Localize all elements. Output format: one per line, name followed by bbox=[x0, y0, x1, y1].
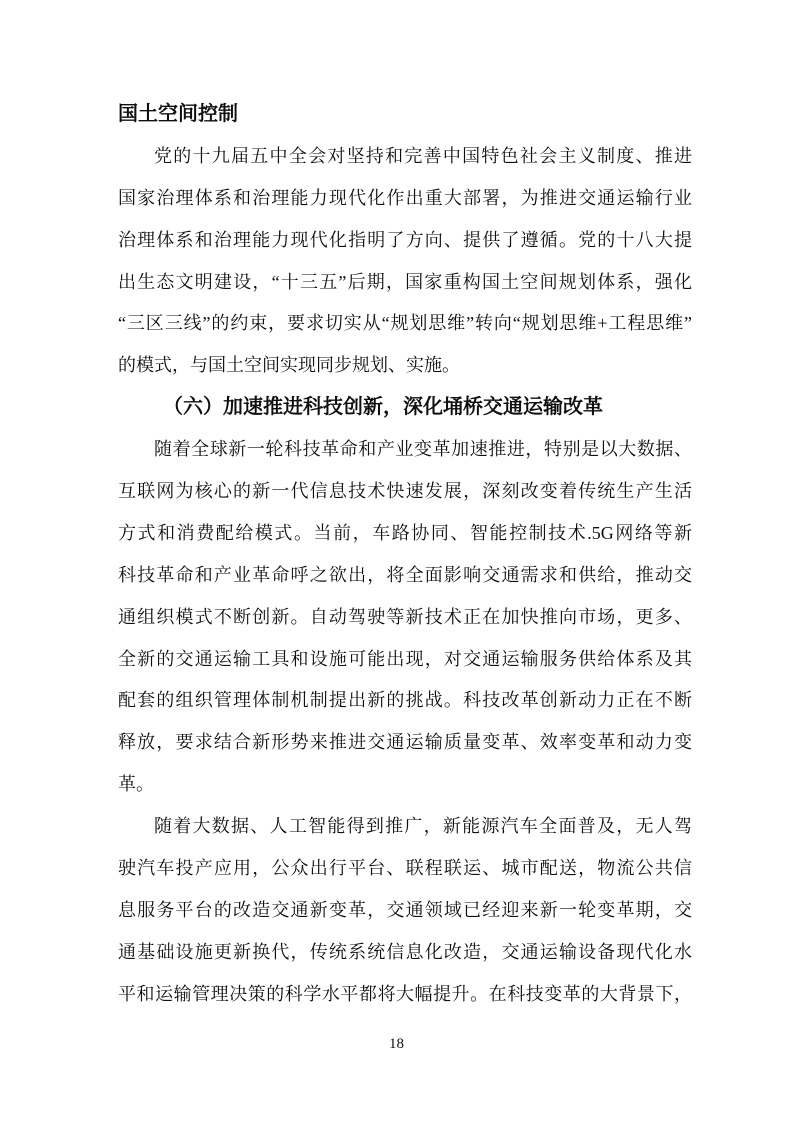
text-line: 随着大数据、人工智能得到推广，新能源汽车全面普及，无人驾 bbox=[118, 806, 692, 848]
text-line: 息服务平台的改造交通新变革，交通领域已经迎来新一轮变革期，交 bbox=[118, 890, 692, 932]
text-line: 互联网为核心的新一代信息技术快速发展，深刻改变着传统生产生活 bbox=[118, 471, 692, 513]
text-line: 治理体系和治理能力现代化指明了方向、提供了遵循。党的十八大提 bbox=[118, 220, 692, 262]
text-line: 驶汽车投产应用，公众出行平台、联程联运、城市配送，物流公共信 bbox=[118, 848, 692, 890]
text-line: 党的十九届五中全会对坚持和完善中国特色社会主义制度、推进 bbox=[118, 136, 692, 178]
text-line: 的模式，与国土空间实现同步规划、实施。 bbox=[118, 345, 692, 387]
page-number: 18 bbox=[0, 1034, 793, 1054]
text-line: 出生态文明建设，“十三五”后期，国家重构国土空间规划体系，强化 bbox=[118, 262, 692, 304]
section-heading: 国土空间控制 bbox=[118, 94, 692, 136]
text-line: 平和运输管理决策的科学水平都将大幅提升。在科技变革的大背景下， bbox=[118, 974, 692, 1016]
text-line: 随着全球新一轮科技革命和产业变革加速推进，特别是以大数据、 bbox=[118, 429, 692, 471]
text-line: 通组织模式不断创新。自动驾驶等新技术正在加快推向市场，更多、 bbox=[118, 597, 692, 639]
text-line: 配套的组织管理体制机制提出新的挑战。科技改革创新动力正在不断 bbox=[118, 680, 692, 722]
document-body: 国土空间控制党的十九届五中全会对坚持和完善中国特色社会主义制度、推进国家治理体系… bbox=[118, 94, 692, 1016]
text-line: 通基础设施更新换代，传统系统信息化改造，交通运输设备现代化水 bbox=[118, 932, 692, 974]
text-line: 国家治理体系和治理能力现代化作出重大部署，为推进交通运输行业 bbox=[118, 178, 692, 220]
text-line: 科技革命和产业革命呼之欲出，将全面影响交通需求和供给，推动交 bbox=[118, 555, 692, 597]
text-line: 释放，要求结合新形势来推进交通运输质量变革、效率变革和动力变 bbox=[118, 722, 692, 764]
text-line: 革。 bbox=[118, 764, 692, 806]
document-page: 国土空间控制党的十九届五中全会对坚持和完善中国特色社会主义制度、推进国家治理体系… bbox=[0, 0, 793, 1122]
text-line: 方式和消费配给模式。当前，车路协同、智能控制技术.5G网络等新 bbox=[118, 513, 692, 555]
text-line: 全新的交通运输工具和设施可能出现，对交通运输服务供给体系及其 bbox=[118, 639, 692, 681]
text-line: “三区三线”的约束，要求切实从“规划思维”转向“规划思维+工程思维” bbox=[118, 303, 692, 345]
subsection-heading: （六）加速推进科技创新，深化埇桥交通运输改革 bbox=[118, 387, 692, 429]
